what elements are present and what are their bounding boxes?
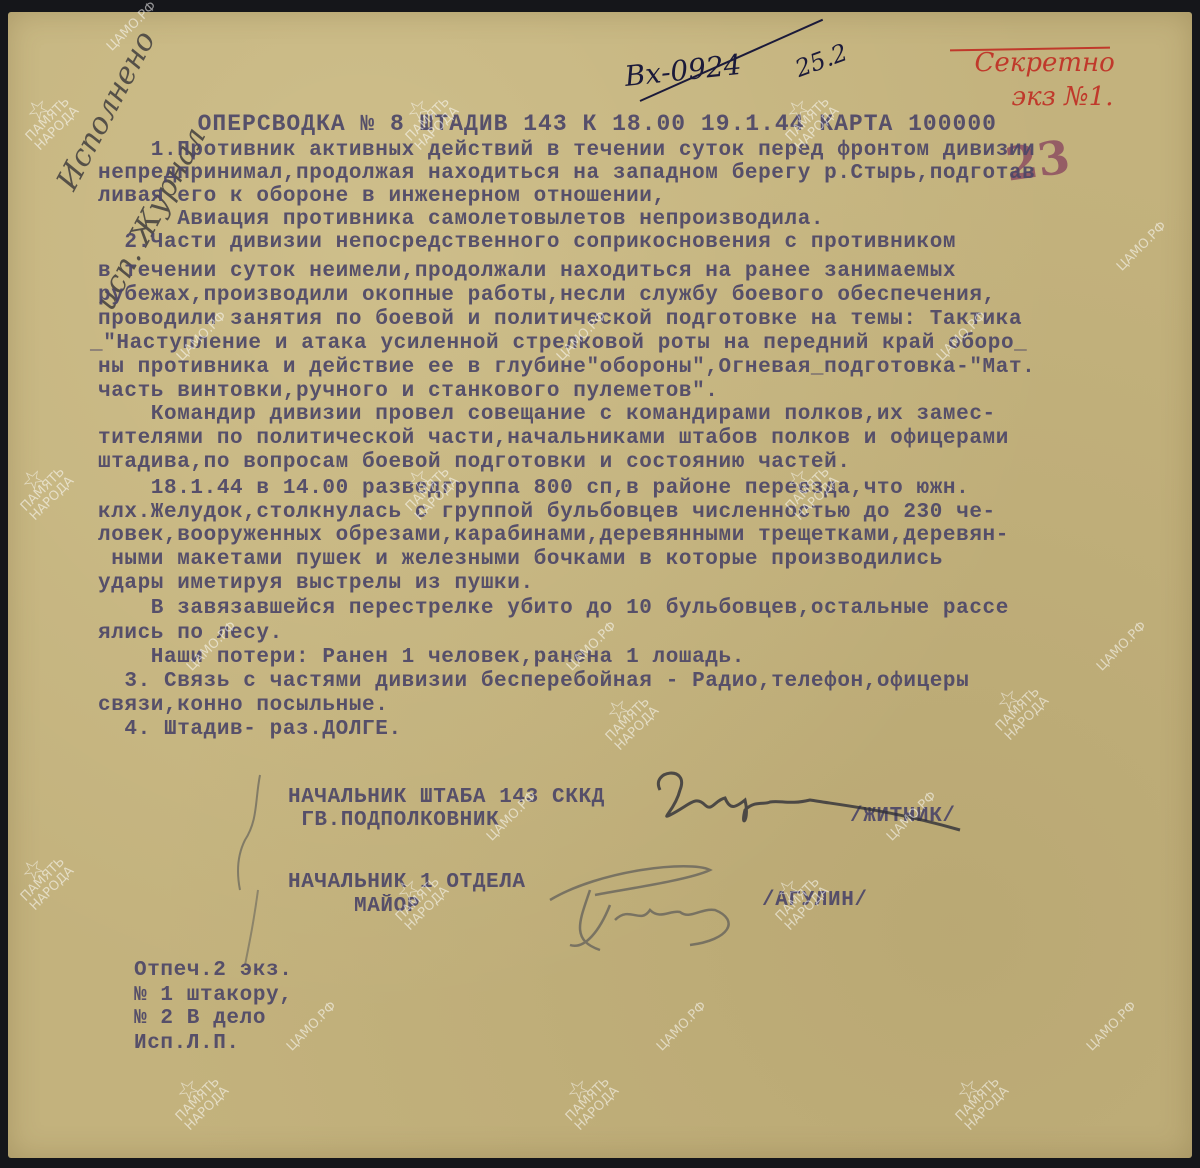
body-line: связи,конно посыльные. <box>98 695 388 716</box>
signature-agulin <box>540 850 780 960</box>
body-line: В завязавшейся перестрелке убито до 10 б… <box>98 598 1009 619</box>
footer-line: № 1 штакору, <box>134 985 292 1006</box>
report-title-text: ОПЕРСВОДКА № 8 ШТАДИВ 143 К 18.00 19.1.4… <box>198 111 997 137</box>
body-line: 3. Связь с частями дивизии бесперебойная… <box>98 671 969 692</box>
body-line: 2.Части дивизии непосредственного соприк… <box>98 232 956 253</box>
footer-line: Исп.Л.П. <box>134 1033 240 1054</box>
body-line: ялись по лесу. <box>98 623 283 644</box>
body-line: ливая его к обороне в инженерном отношен… <box>98 186 666 207</box>
body-line: 4. Штадив- раз.ДОЛГЕ. <box>98 719 402 740</box>
signatory-rank: ГВ.ПОДПОЛКОВНИК <box>288 810 499 831</box>
body-line: рубежах,производили окопные работы,несли… <box>98 285 996 306</box>
body-line: тителями по политической части,начальник… <box>98 428 1009 449</box>
body-line: непредпринимал,продолжая находиться на з… <box>98 163 1035 184</box>
body-line: штадива,по вопросам боевой подготовки и … <box>98 452 851 473</box>
body-line: 1.Противник активных действий в течении … <box>98 140 1035 161</box>
body-line: в течении суток неимели,продолжали наход… <box>98 261 956 282</box>
signatory-title: НАЧАЛЬНИК ШТАБА 143 СККД <box>288 787 605 808</box>
footer-line: Отпеч.2 экз. <box>134 960 292 981</box>
body-line: часть винтовки,ручного и станкового пуле… <box>98 381 719 402</box>
report-title: ОПЕРСВОДКА № 8 ШТАДИВ 143 К 18.00 19.1.4… <box>168 90 997 136</box>
body-line: проводили занятия по боевой и политическ… <box>98 309 1022 330</box>
incoming-ref: Вх-0924 <box>602 15 743 95</box>
body-line: клх.Желудок,столкнулась с группой бульбо… <box>98 502 996 523</box>
body-line: ловек,вооруженных обрезами,карабинами,де… <box>98 525 1009 546</box>
body-line: ными макетами пушек и железными бочками … <box>98 549 943 570</box>
body-line: Командир дивизии провел совещание с кома… <box>98 404 996 425</box>
body-line: удары иметируя выстрелы из пушки. <box>98 573 534 594</box>
body-line: Авиация противника самолетовылетов непро… <box>98 209 824 230</box>
footer-line: № 2 В дело <box>134 1008 266 1029</box>
margin-brackets <box>230 770 270 970</box>
